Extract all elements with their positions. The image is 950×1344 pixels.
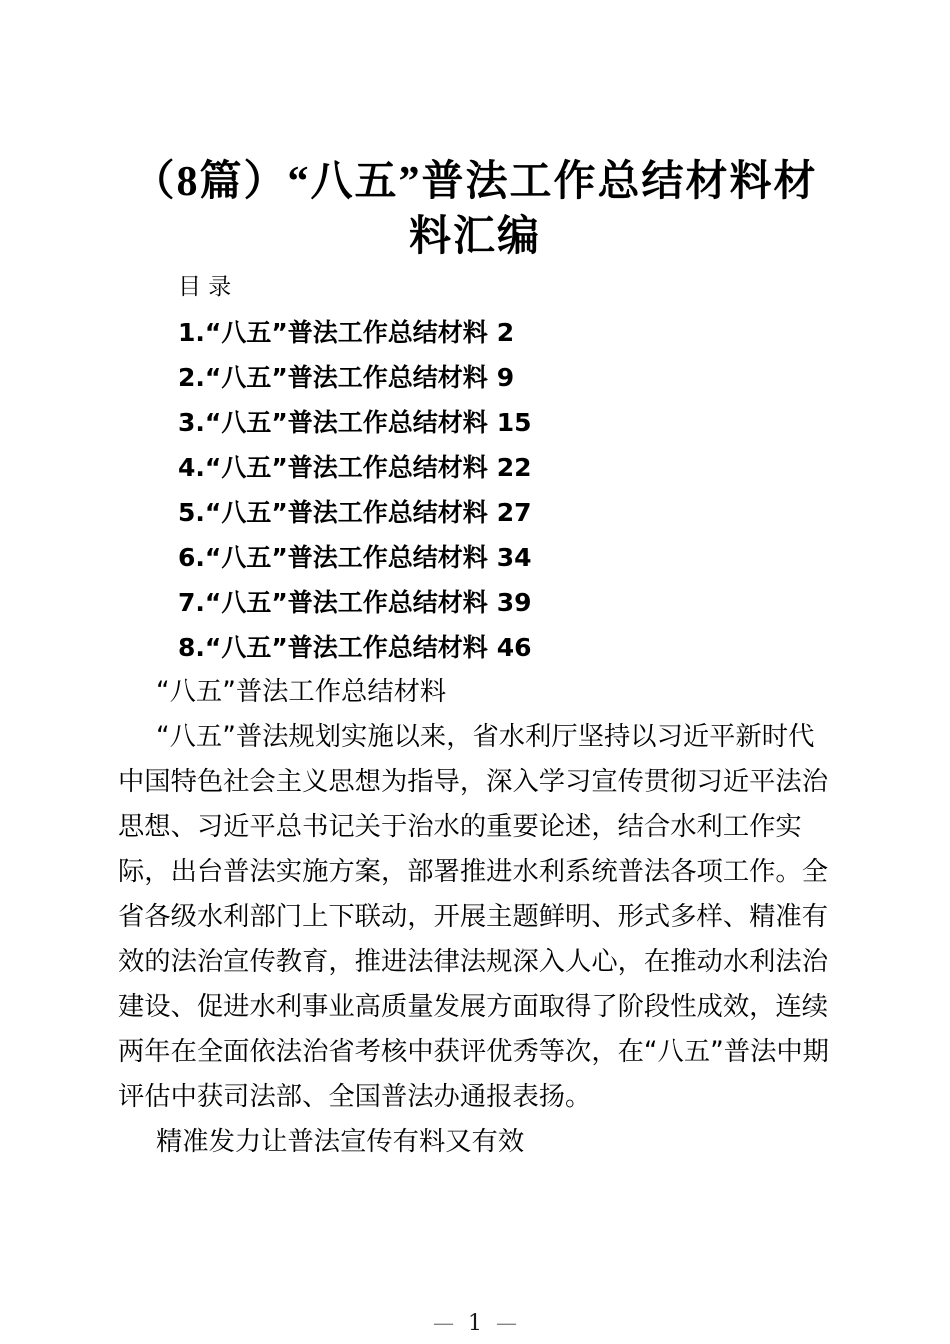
toc-item: 5.“八五”普法工作总结材料27 [118,490,832,535]
page-footer: —1— [0,1308,950,1339]
toc-item-page: 15 [497,408,532,437]
footer-dash-left: — [433,1311,454,1335]
page-title: （8篇）“八五”普法工作总结材料材料汇编 [125,155,825,265]
toc-item: 2.“八五”普法工作总结材料9 [118,355,832,400]
paragraph: “八五”普法规划实施以来，省水利厅坚持以习近平新时代中国特色社会主义思想为指导，… [118,715,832,1120]
toc-item-label: 1.“八五”普法工作总结材料 [178,318,488,347]
toc-item: 1.“八五”普法工作总结材料2 [118,310,832,355]
toc-item-label: 4.“八五”普法工作总结材料 [178,453,488,482]
toc-item-page: 22 [497,453,532,482]
toc-item-page: 27 [497,498,532,527]
footer-dash-right: — [496,1311,517,1335]
toc-item: 7.“八五”普法工作总结材料39 [118,580,832,625]
toc-item-label: 3.“八五”普法工作总结材料 [178,408,488,437]
toc-item-label: 5.“八五”普法工作总结材料 [178,498,488,527]
section-heading: “八五”普法工作总结材料 [118,670,832,715]
toc-item-label: 6.“八五”普法工作总结材料 [178,543,488,572]
toc-list: 1.“八五”普法工作总结材料2 2.“八五”普法工作总结材料9 3.“八五”普法… [118,310,832,670]
toc-item: 3.“八五”普法工作总结材料15 [118,400,832,445]
toc-item-page: 39 [497,588,532,617]
toc-heading: 目 录 [118,265,832,310]
toc-item: 8.“八五”普法工作总结材料46 [118,625,832,670]
toc-item-label: 8.“八五”普法工作总结材料 [178,633,488,662]
paragraph: 精准发力让普法宣传有料又有效 [118,1120,832,1165]
page-number: 1 [468,1309,482,1339]
toc-item-page: 34 [497,543,532,572]
document-page: （8篇）“八五”普法工作总结材料材料汇编 目 录 1.“八五”普法工作总结材料2… [0,0,950,1344]
toc-item: 6.“八五”普法工作总结材料34 [118,535,832,580]
toc-item-page: 9 [497,363,514,392]
toc-item-label: 7.“八五”普法工作总结材料 [178,588,488,617]
toc-item-page: 46 [497,633,532,662]
toc-item: 4.“八五”普法工作总结材料22 [118,445,832,490]
toc-item-page: 2 [497,318,514,347]
toc-item-label: 2.“八五”普法工作总结材料 [178,363,488,392]
